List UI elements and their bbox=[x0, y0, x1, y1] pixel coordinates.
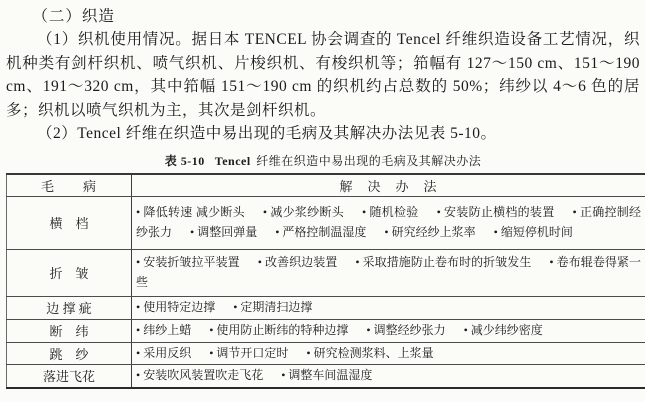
paragraph-table-reference: （2）Tencel 纤维在织造中易出现的毛病及其解决办法见表 5-10。 bbox=[6, 122, 640, 146]
solution-item: • 严格控制温湿度 bbox=[275, 225, 366, 239]
problem-cell: 折 皱 bbox=[7, 249, 132, 296]
table-caption-brand: Tencel bbox=[215, 154, 251, 168]
problem-cell: 跳 纱 bbox=[7, 342, 132, 365]
table-caption: 表 5-10Tencel 纤维在织造中易出现的毛病及其解决办法 bbox=[6, 152, 640, 169]
solution-item: • 减少纬纱密度 bbox=[464, 323, 543, 337]
solutions-cell: • 使用特定边撑• 定期清扫边撑 bbox=[132, 296, 645, 319]
solution-item: • 调整回弹量 bbox=[190, 225, 257, 239]
defect-table: 毛 病 解 决 办 法 横 档• 降低转速 减少断头• 减少浆纱断头• 随机检验… bbox=[6, 173, 645, 389]
solution-item: • 研究经纱上浆率 bbox=[384, 225, 475, 239]
table-row: 边 撑 疵• 使用特定边撑• 定期清扫边撑 bbox=[7, 296, 645, 319]
solution-item: • 使用特定边撑 bbox=[136, 300, 215, 314]
solution-item: • 采取措施防止卷布时的折皱发生 bbox=[355, 255, 531, 269]
table-caption-title: 纤维在织造中易出现的毛病及其解决办法 bbox=[256, 154, 481, 168]
table-row: 断 纬• 纬纱上蜡• 使用防止断纬的特种边撑• 调整经纱张力• 减少纬纱密度 bbox=[7, 319, 645, 342]
solution-item: • 安装折皱拉平装置 bbox=[136, 255, 240, 269]
solution-item: • 调节开口定时 bbox=[209, 346, 288, 360]
problem-cell: 落进飞花 bbox=[7, 365, 132, 388]
solution-item: • 调整车间温湿度 bbox=[281, 368, 372, 382]
problem-cell: 横 档 bbox=[7, 196, 132, 249]
solution-item: • 采用反织 bbox=[136, 346, 191, 360]
document-page: （二）织造 （1）织机使用情况。据日本 TENCEL 协会调查的 Tencel … bbox=[0, 0, 645, 402]
solution-item: • 改善织边装置 bbox=[258, 255, 338, 269]
solution-item: • 调整经纱张力 bbox=[366, 323, 445, 337]
solution-item: • 随机检验 bbox=[362, 205, 419, 219]
table-header-problem: 毛 病 bbox=[7, 174, 132, 197]
table-row: 跳 纱• 采用反织• 调节开口定时• 研究检测浆料、上浆量 bbox=[7, 342, 645, 365]
section-heading: （二）织造 bbox=[6, 5, 640, 28]
solution-item: • 缩短停机时间 bbox=[494, 225, 573, 239]
solution-item: • 使用防止断纬的特种边撑 bbox=[209, 323, 348, 337]
solutions-cell: • 采用反织• 调节开口定时• 研究检测浆料、上浆量 bbox=[132, 342, 645, 365]
solution-item: • 安装吹风装置吹走飞花 bbox=[136, 368, 263, 382]
table-row: 横 档• 降低转速 减少断头• 减少浆纱断头• 随机检验• 安装防止横档的装置•… bbox=[7, 196, 645, 249]
solutions-cell: • 纬纱上蜡• 使用防止断纬的特种边撑• 调整经纱张力• 减少纬纱密度 bbox=[132, 319, 645, 342]
defect-table-body: 横 档• 降低转速 减少断头• 减少浆纱断头• 随机检验• 安装防止横档的装置•… bbox=[7, 196, 645, 388]
table-header-row: 毛 病 解 决 办 法 bbox=[7, 174, 645, 197]
paragraph-loom-usage: （1）织机使用情况。据日本 TENCEL 协会调查的 Tencel 纤维织造设备… bbox=[6, 28, 640, 122]
solution-item: • 定期清扫边撑 bbox=[233, 300, 312, 314]
table-row: 折 皱• 安装折皱拉平装置• 改善织边装置• 采取措施防止卷布时的折皱发生• 卷… bbox=[7, 249, 645, 296]
table-row: 落进飞花• 安装吹风装置吹走飞花• 调整车间温湿度 bbox=[7, 365, 645, 388]
solutions-cell: • 安装吹风装置吹走飞花• 调整车间温湿度 bbox=[132, 365, 645, 388]
solutions-cell: • 降低转速 减少断头• 减少浆纱断头• 随机检验• 安装防止横档的装置• 正确… bbox=[132, 196, 645, 249]
solution-item: • 纬纱上蜡 bbox=[136, 323, 191, 337]
solution-item: • 研究检测浆料、上浆量 bbox=[306, 346, 433, 360]
solutions-cell: • 安装折皱拉平装置• 改善织边装置• 采取措施防止卷布时的折皱发生• 卷布辊卷… bbox=[132, 249, 645, 296]
solution-item: • 安装防止横档的装置 bbox=[437, 205, 555, 219]
table-caption-label: 表 5-10 bbox=[165, 154, 205, 168]
solution-item: • 减少浆纱断头 bbox=[263, 205, 344, 219]
problem-cell: 断 纬 bbox=[7, 319, 132, 342]
solution-item: • 降低转速 减少断头 bbox=[136, 205, 245, 219]
table-header-solution: 解 决 办 法 bbox=[132, 174, 645, 197]
problem-cell: 边 撑 疵 bbox=[7, 296, 132, 319]
